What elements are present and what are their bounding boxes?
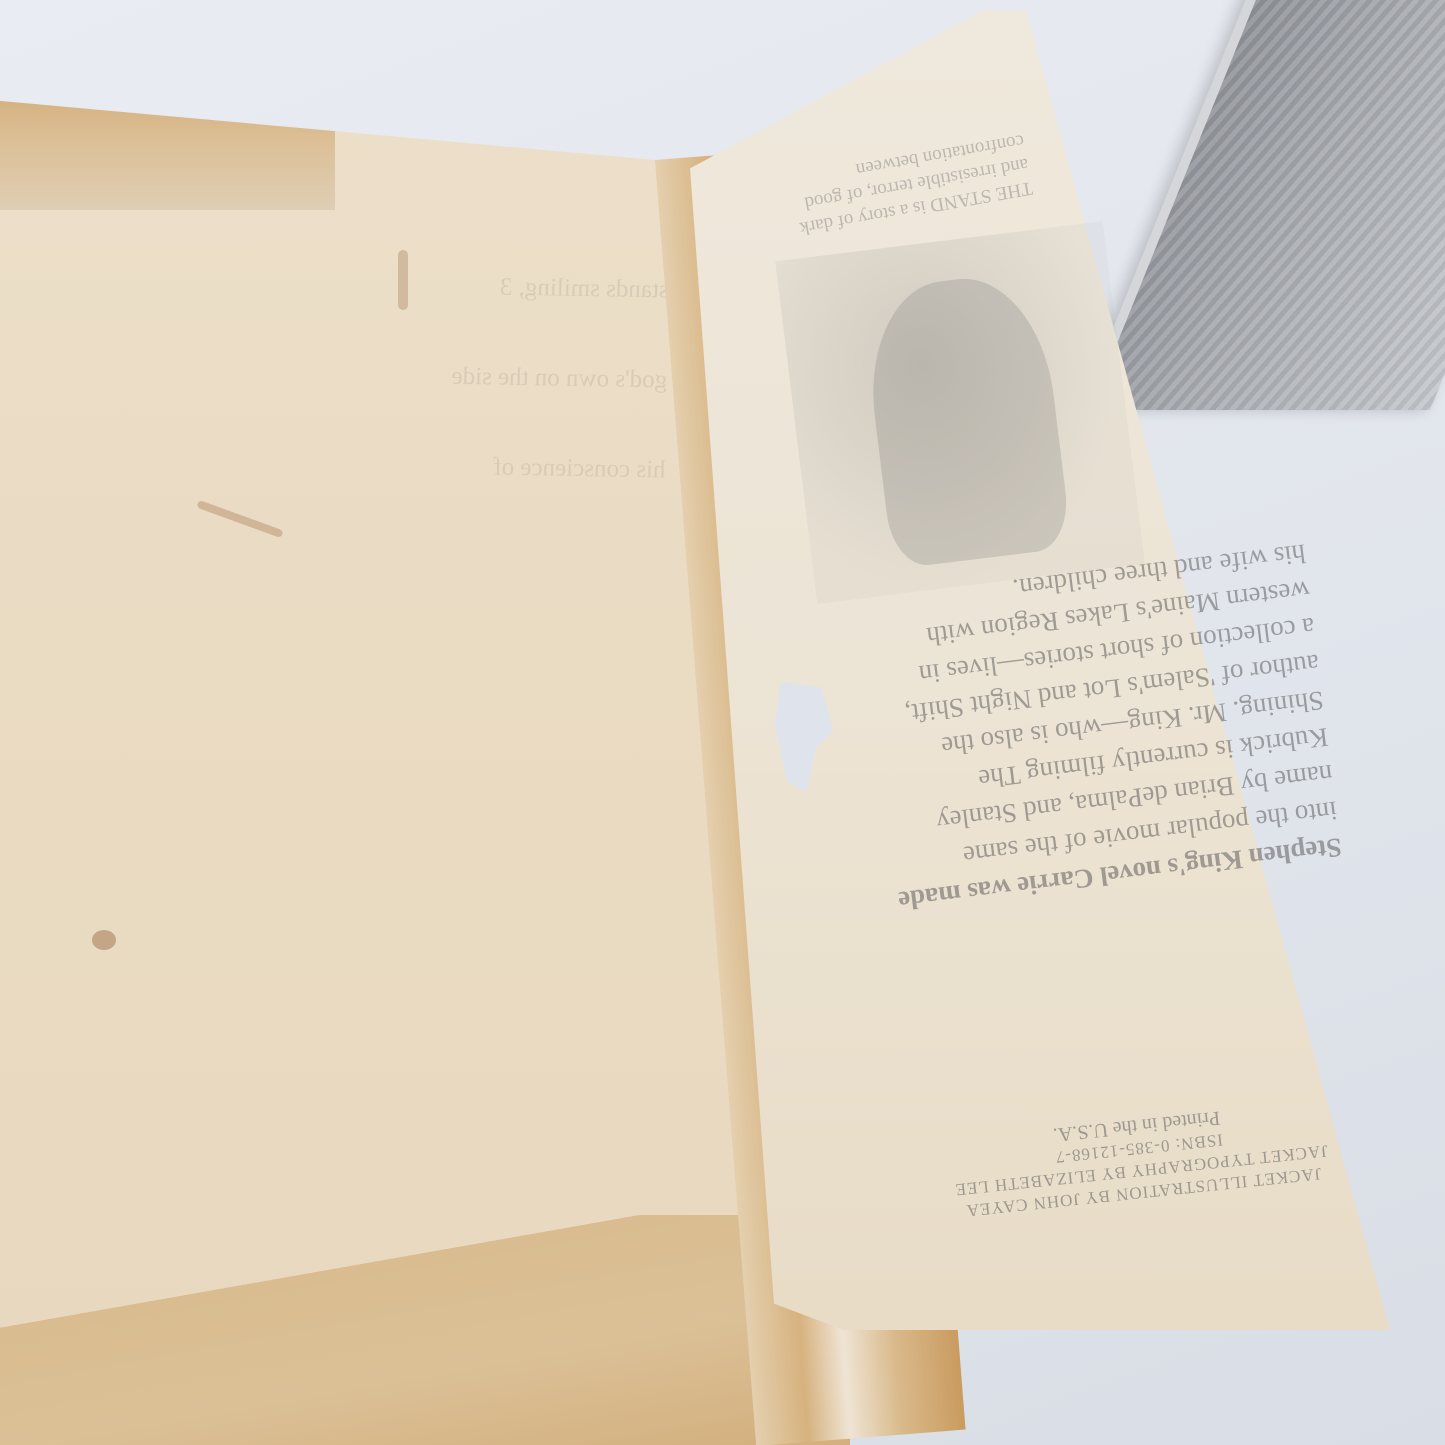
author-bio: Stephen King's novel Carrie was made int…: [866, 534, 1343, 918]
show-through-text: stands smiling, 3 god's own on the side …: [0, 234, 707, 1046]
tape-stain-bottom: [0, 1215, 850, 1445]
photo-scene: stands smiling, 3 god's own on the side …: [0, 0, 1445, 1445]
tape-text-line: god's own on the side: [451, 363, 667, 394]
brown-stain: [92, 930, 116, 950]
author-photo: [775, 221, 1145, 604]
brown-stain: [398, 250, 408, 310]
grey-fabric: [1080, 0, 1445, 410]
tape-text-line: his conscience of: [493, 453, 666, 483]
tape-stain-top: [0, 100, 335, 210]
tape-text-line: stands smiling, 3: [500, 274, 669, 304]
author-figure: [859, 269, 1072, 569]
